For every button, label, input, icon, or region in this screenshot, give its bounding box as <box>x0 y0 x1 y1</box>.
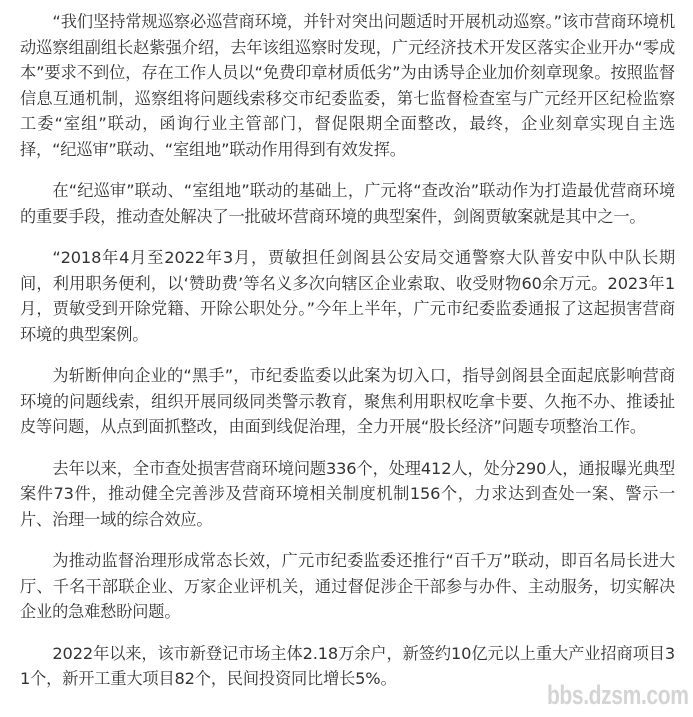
article-body: “我们坚持常规巡察必巡营商环境，并针对突出问题适时开展机动巡察。”该市营商环境机… <box>20 9 675 708</box>
paragraph-linkage: 在“纪巡审”联动、“室组地”联动的基础上，广元将“查改治”联动作为打造最优营商环… <box>20 178 675 229</box>
paragraph-rectification: 为斩断伸向企业的“黑手”，市纪委监委以此案为切入口，指导剑阁县全面起底影响营商环… <box>20 363 675 440</box>
watermark: bbs.dzsm.com <box>547 680 689 711</box>
paragraph-jia-min-case: “2018年4月至2022年3月，贾敏担任剑阁县公安局交通警察大队普安中队中队长… <box>20 245 675 347</box>
paragraph-bai-qian-wan: 为推动监督治理形成常态长效，广元市纪委监委还推行“百千万”联动，即百名局长进大厅… <box>20 548 675 625</box>
paragraph-statistics: 去年以来，全市查处损害营商环境问题336个，处理412人，处分290人，通报曝光… <box>20 456 675 533</box>
paragraph-patrol-mechanism: “我们坚持常规巡察必巡营商环境，并针对突出问题适时开展机动巡察。”该市营商环境机… <box>20 9 675 162</box>
